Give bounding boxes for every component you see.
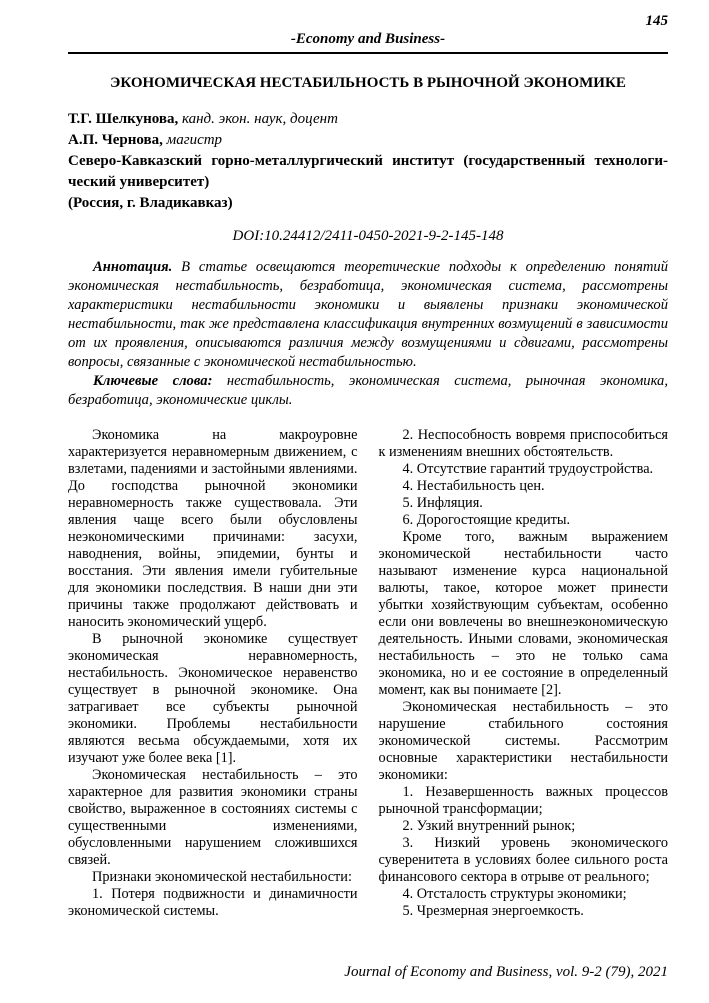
body-list-item: 6. Дорогостоящие кредиты. — [379, 512, 669, 529]
journal-footer: Journal of Economy and Business, vol. 9-… — [344, 964, 668, 981]
body-paragraph: Признаки экономической нестабильности: — [68, 869, 358, 886]
header-divider — [68, 52, 668, 54]
body-list-item: 3. Низкий уровень экономического суверен… — [379, 835, 669, 886]
authors-block: Т.Г. Шелкунова, канд. экон. наук, доцент… — [68, 109, 668, 214]
body-list-item: 4. Нестабильность цен. — [379, 478, 669, 495]
body-paragraph: Кроме того, важным выражением экономичес… — [379, 529, 669, 699]
body-paragraph: В рыночной экономике существует экономич… — [68, 631, 358, 767]
author-name: А.П. Чернова, — [68, 132, 163, 148]
article-title: ЭКОНОМИЧЕСКАЯ НЕСТАБИЛЬНОСТЬ В РЫНОЧНОЙ … — [68, 75, 668, 92]
affiliation-location: (Россия, г. Владикавказ) — [68, 193, 668, 214]
running-head: -Economy and Business- — [68, 31, 668, 48]
body-list-item: 4. Отсталость структуры экономики; — [379, 886, 669, 903]
keywords-paragraph: Ключевые слова: нестабильность, экономич… — [68, 372, 668, 410]
body-paragraph: Экономика на макроуровне характеризуется… — [68, 427, 358, 631]
body-list-item: 2. Узкий внутренний рынок; — [379, 818, 669, 835]
body-list-item: 1. Незавершенность важных процессов рыно… — [379, 784, 669, 818]
body-list-item: 5. Чрезмерная энергоемкость. — [379, 903, 669, 920]
body-list-item: 4. Отсутствие гарантий трудоустройства. — [379, 461, 669, 478]
body-paragraph: Экономическая нестабильность – это наруш… — [379, 699, 669, 784]
body-columns: Экономика на макроуровне характеризуется… — [68, 427, 668, 920]
author-line: Т.Г. Шелкунова, канд. экон. наук, доцент — [68, 109, 668, 130]
body-paragraph: Экономическая нестабильность – это харак… — [68, 767, 358, 869]
doi-line: DOI:10.24412/2411-0450-2021-9-2-145-148 — [68, 228, 668, 245]
author-role: магистр — [167, 132, 222, 148]
column-left: Экономика на макроуровне характеризуется… — [68, 427, 358, 920]
journal-page: 145 -Economy and Business- ЭКОНОМИЧЕСКАЯ… — [0, 0, 709, 1003]
body-list-item: 2. Неспособность вовремя приспособиться … — [379, 427, 669, 461]
author-line: А.П. Чернова, магистр — [68, 130, 668, 151]
column-right: 2. Неспособность вовремя приспособиться … — [379, 427, 669, 920]
abstract-block: Аннотация. В статье освещаются теоретиче… — [68, 258, 668, 410]
abstract-label: Аннотация. — [93, 259, 172, 275]
page-number: 145 — [68, 13, 668, 30]
body-list-item: 5. Инфляция. — [379, 495, 669, 512]
keywords-label: Ключевые слова: — [93, 373, 212, 389]
abstract-paragraph: Аннотация. В статье освещаются теоретиче… — [68, 258, 668, 372]
author-role: канд. экон. наук, доцент — [182, 111, 338, 127]
body-list-item: 1. Потеря подвижности и динамичности эко… — [68, 886, 358, 920]
abstract-text: В статье освещаются теоретические подход… — [68, 259, 668, 370]
affiliation: Северо-Кавказский горно-металлургический… — [68, 151, 668, 193]
author-name: Т.Г. Шелкунова, — [68, 111, 178, 127]
